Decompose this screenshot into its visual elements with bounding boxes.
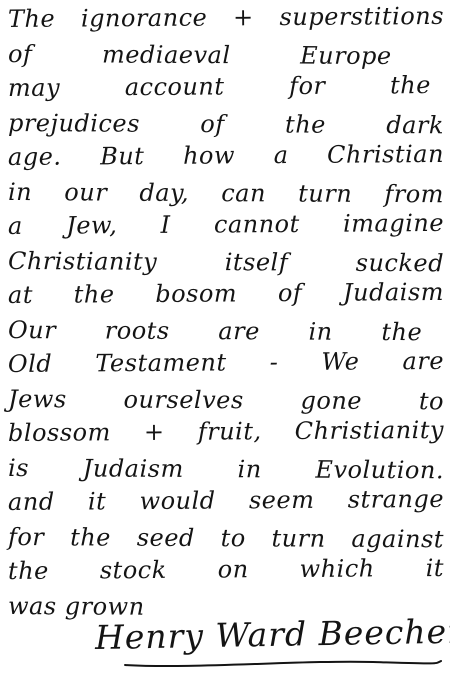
manuscript-line: blossom + fruit, Christianity <box>8 413 444 451</box>
manuscript-line: of mediaeval Europe <box>8 37 392 74</box>
signature-underline-flourish <box>123 656 443 670</box>
manuscript-page: The ignorance + superstitions of mediaev… <box>0 0 450 680</box>
manuscript-line: at the bosom of Judaism <box>8 275 444 313</box>
manuscript-line: may account for the <box>8 68 431 105</box>
manuscript-line: a Jew, I cannot imagine <box>8 206 444 244</box>
manuscript-line: and it would seem strange <box>8 482 444 520</box>
signature: Henry Ward Beecher <box>95 612 444 658</box>
manuscript-line: The ignorance + superstitions <box>8 0 444 36</box>
signature-block: Henry Ward Beecher <box>95 618 443 658</box>
manuscript-text: The ignorance + superstitions of mediaev… <box>8 2 444 623</box>
manuscript-line: age. But how a Christian <box>8 137 444 175</box>
manuscript-line: Old Testament - We are <box>8 344 444 382</box>
manuscript-line: the stock on which it <box>8 551 444 589</box>
